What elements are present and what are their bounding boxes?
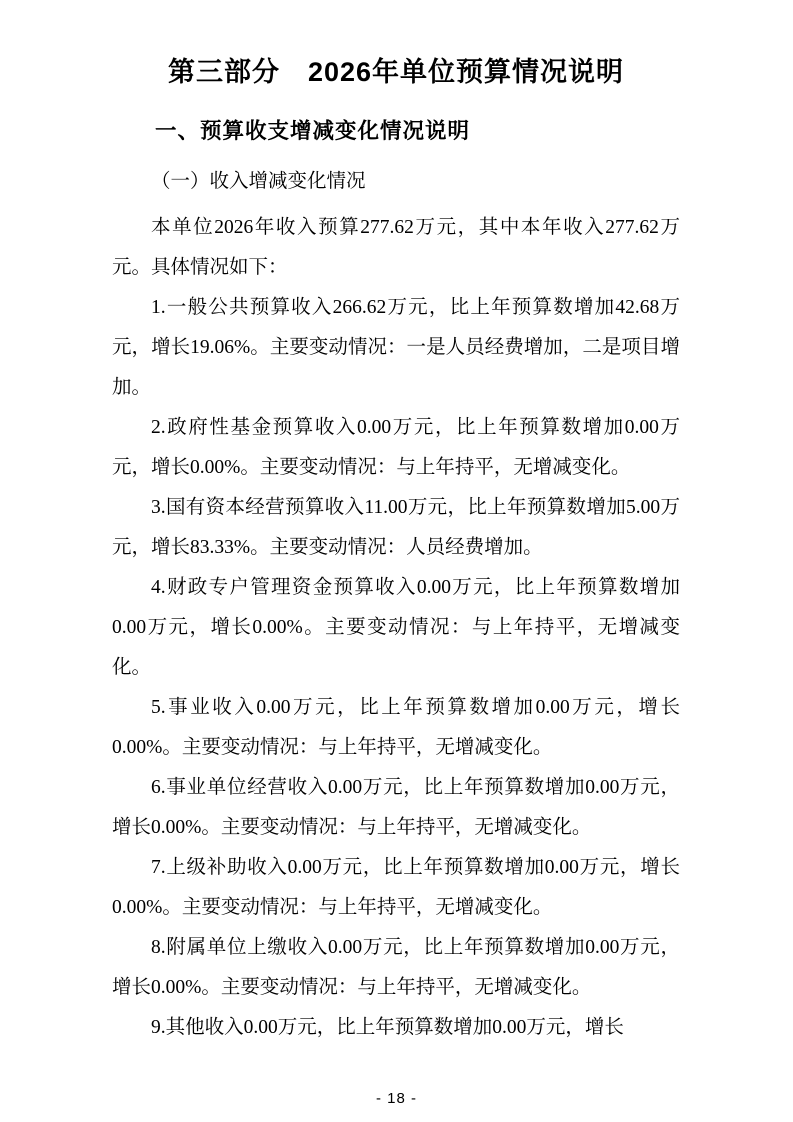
document-page: 第三部分 2026年单位预算情况说明 一、预算收支增减变化情况说明 （一）收入增… xyxy=(0,0,793,1122)
paragraph: 5.事业收入0.00万元，比上年预算数增加0.00万元，增长0.00%。主要变动… xyxy=(112,688,680,768)
page-number: - 18 - xyxy=(0,1088,793,1110)
document-body: 本单位2026年收入预算277.62万元，其中本年收入277.62万元。具体情况… xyxy=(112,208,680,1048)
document-content: 第三部分 2026年单位预算情况说明 一、预算收支增减变化情况说明 （一）收入增… xyxy=(112,0,680,1048)
page-title: 第三部分 2026年单位预算情况说明 xyxy=(112,0,680,92)
paragraph: 2.政府性基金预算收入0.00万元，比上年预算数增加0.00万元，增长0.00%… xyxy=(112,408,680,488)
paragraph: 本单位2026年收入预算277.62万元，其中本年收入277.62万元。具体情况… xyxy=(112,208,680,288)
paragraph: 1.一般公共预算收入266.62万元，比上年预算数增加42.68万元，增长19.… xyxy=(112,288,680,408)
paragraph: 9.其他收入0.00万元，比上年预算数增加0.00万元，增长 xyxy=(112,1008,680,1048)
paragraph: 7.上级补助收入0.00万元，比上年预算数增加0.00万元，增长0.00%。主要… xyxy=(112,848,680,928)
subsection-heading: （一）收入增减变化情况 xyxy=(112,162,680,202)
paragraph: 6.事业单位经营收入0.00万元，比上年预算数增加0.00万元，增长0.00%。… xyxy=(112,768,680,848)
paragraph: 4.财政专户管理资金预算收入0.00万元，比上年预算数增加0.00万元，增长0.… xyxy=(112,568,680,688)
paragraph: 3.国有资本经营预算收入11.00万元，比上年预算数增加5.00万元，增长83.… xyxy=(112,488,680,568)
section-heading: 一、预算收支增减变化情况说明 xyxy=(112,111,680,151)
paragraph: 8.附属单位上缴收入0.00万元，比上年预算数增加0.00万元，增长0.00%。… xyxy=(112,928,680,1008)
